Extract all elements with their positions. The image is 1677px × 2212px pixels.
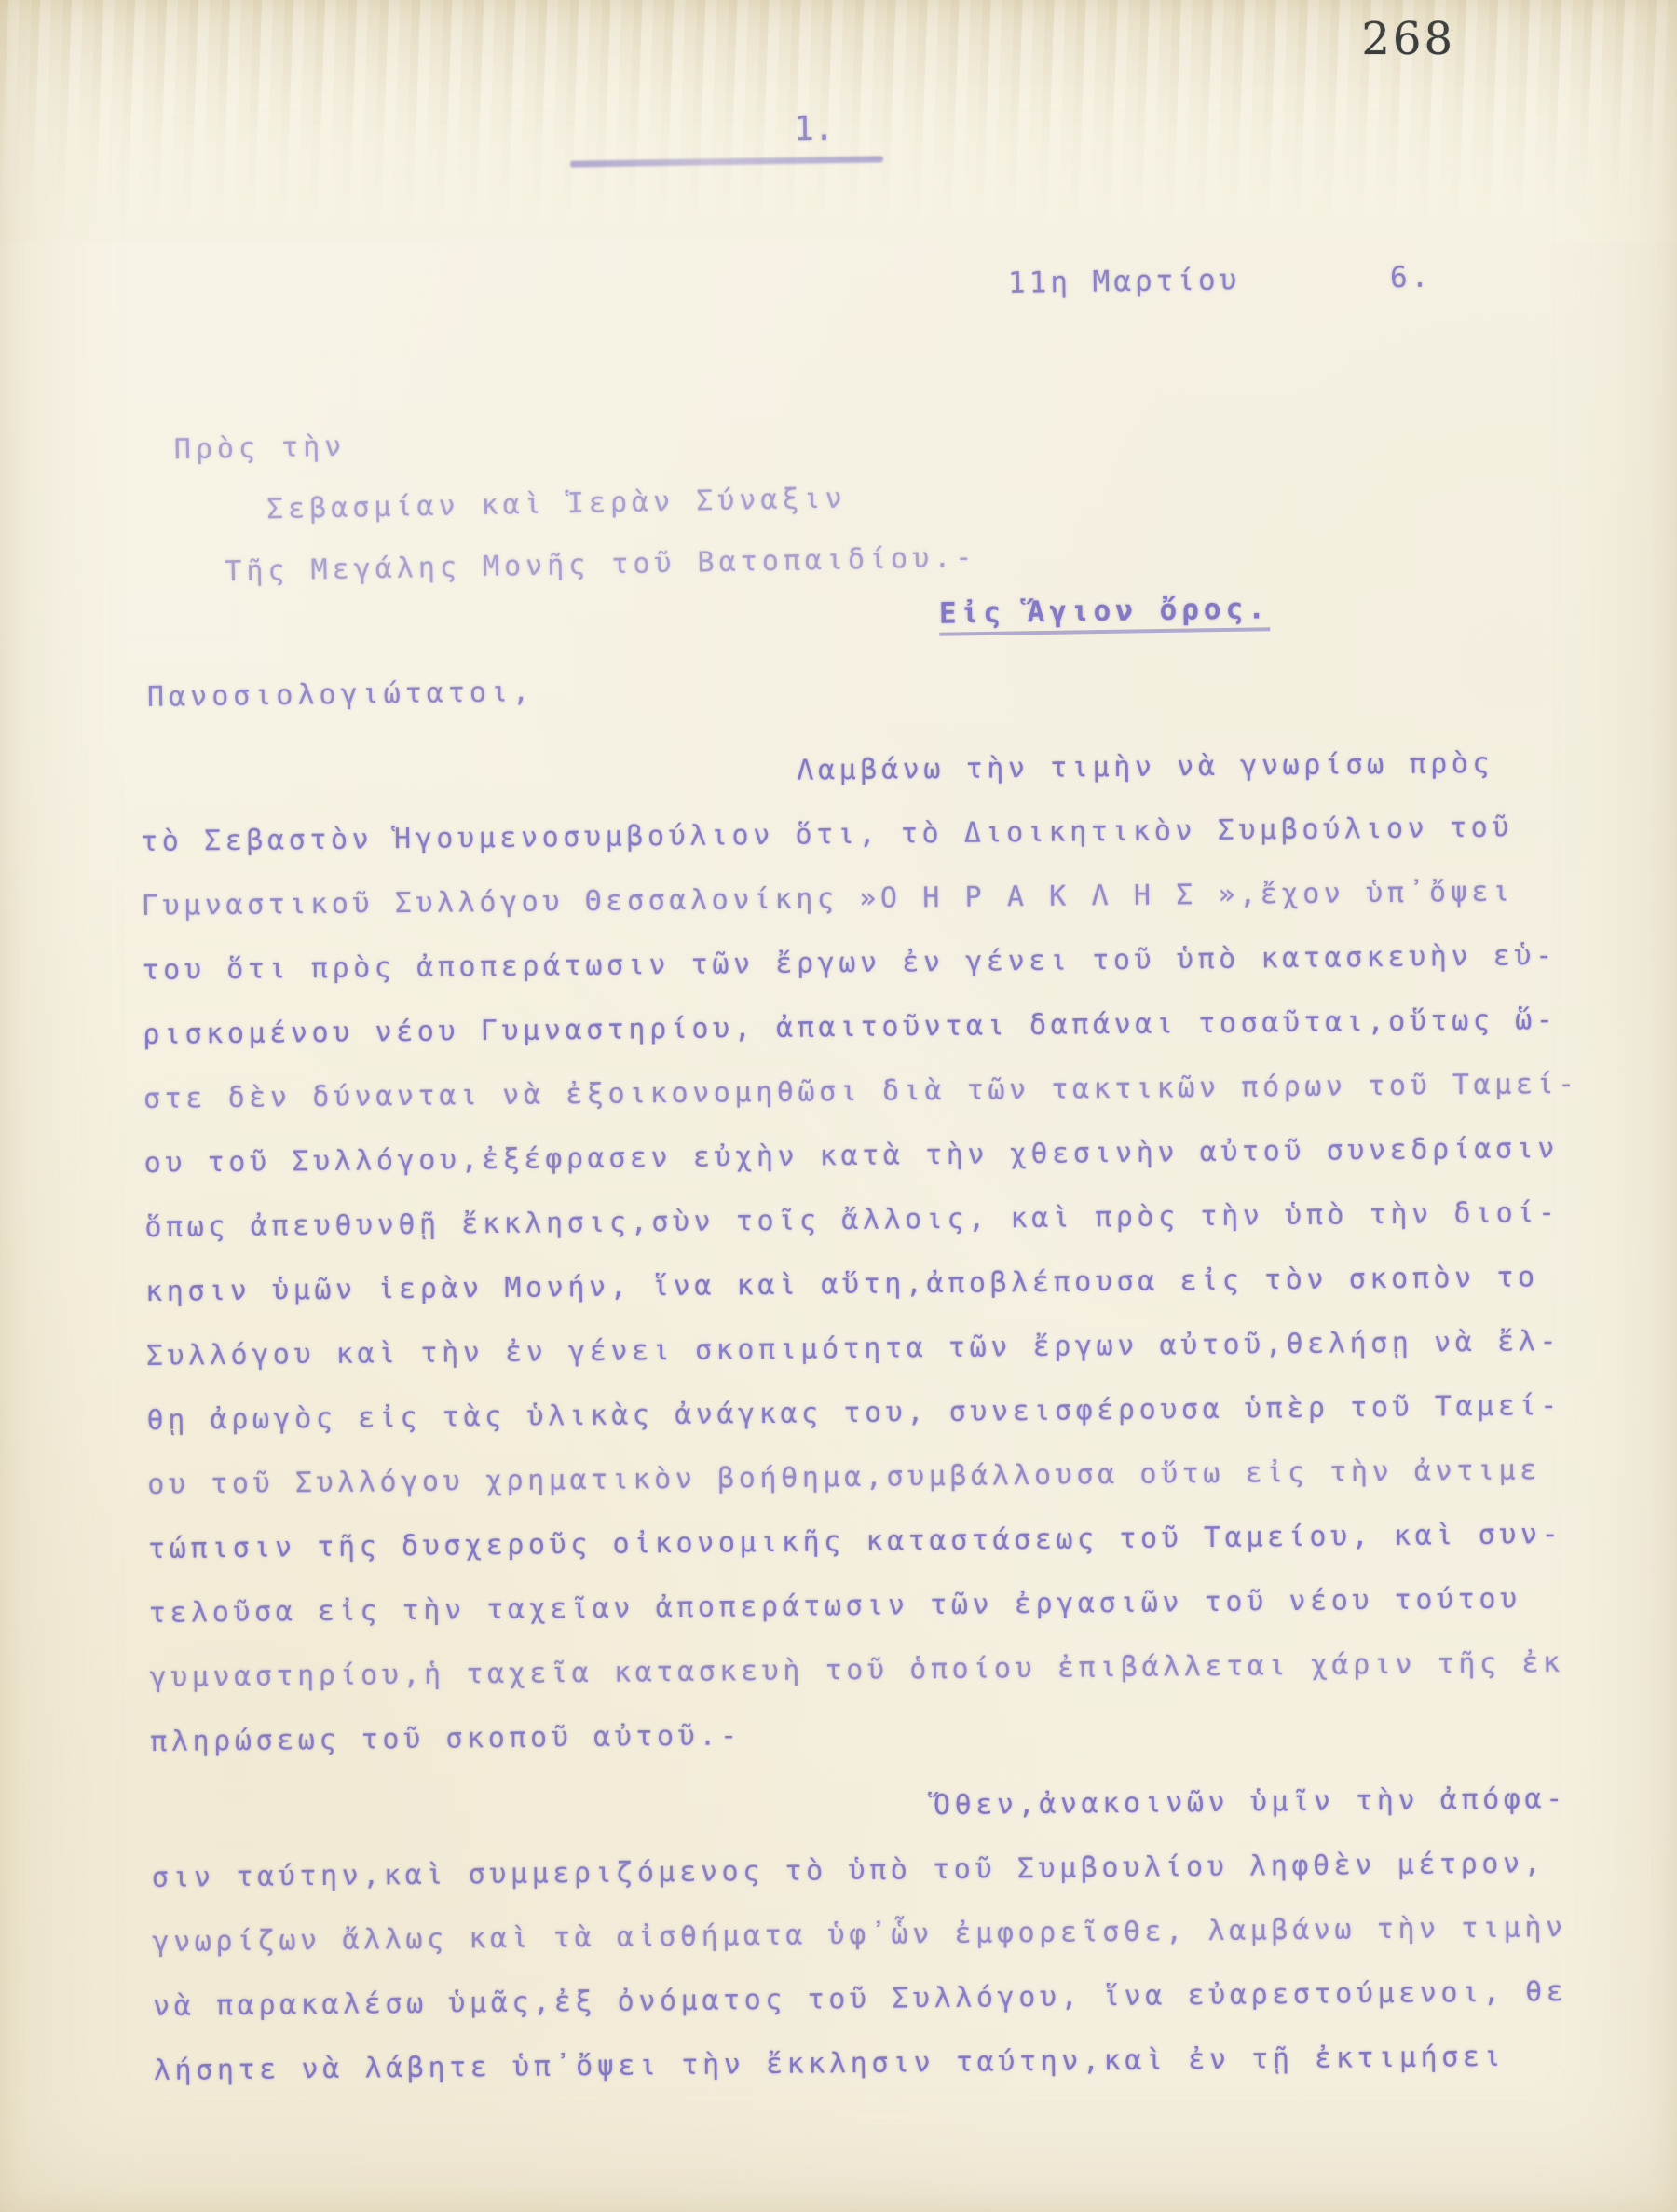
location-line: Εἰς Ἅγιον ὄρος. (939, 592, 1271, 636)
salutation: Πανοσιολογιώτατοι, (147, 676, 535, 714)
address-line: Τῆς Μεγάλης Μονῆς τοῦ Βατοπαιδίου.- (225, 527, 977, 603)
page-heading: 1. (794, 110, 835, 148)
paragraph-1: Λαμβάνω τὴν τιμὴν νὰ γνωρίσω πρὸς τὸ Σεβ… (140, 730, 1641, 1774)
letter-number: 6. (1390, 261, 1433, 295)
letter-date: 11η Μαρτίου (1008, 263, 1241, 299)
letter-body: Λαμβάνω τὴν τιμὴν νὰ γνωρίσω πρὸς τὸ Σεβ… (140, 730, 1644, 2103)
scanned-letter-page: 268 1. 11η Μαρτίου 6. Πρὸς τὴν Σεβασμίαν… (0, 0, 1677, 2212)
paragraph-2: Ὅθεν,ἀνακοινῶν ὑμῖν τὴν ἀπόφα- σιν ταύτη… (151, 1766, 1645, 2103)
date-line: 11η Μαρτίου 6. (1008, 259, 1530, 300)
address-block: Πρὸς τὴν Σεβασμίαν καὶ Ἱερὰν Σύναξιν Τῆς… (173, 404, 977, 604)
archive-page-number: 268 (1361, 13, 1455, 65)
